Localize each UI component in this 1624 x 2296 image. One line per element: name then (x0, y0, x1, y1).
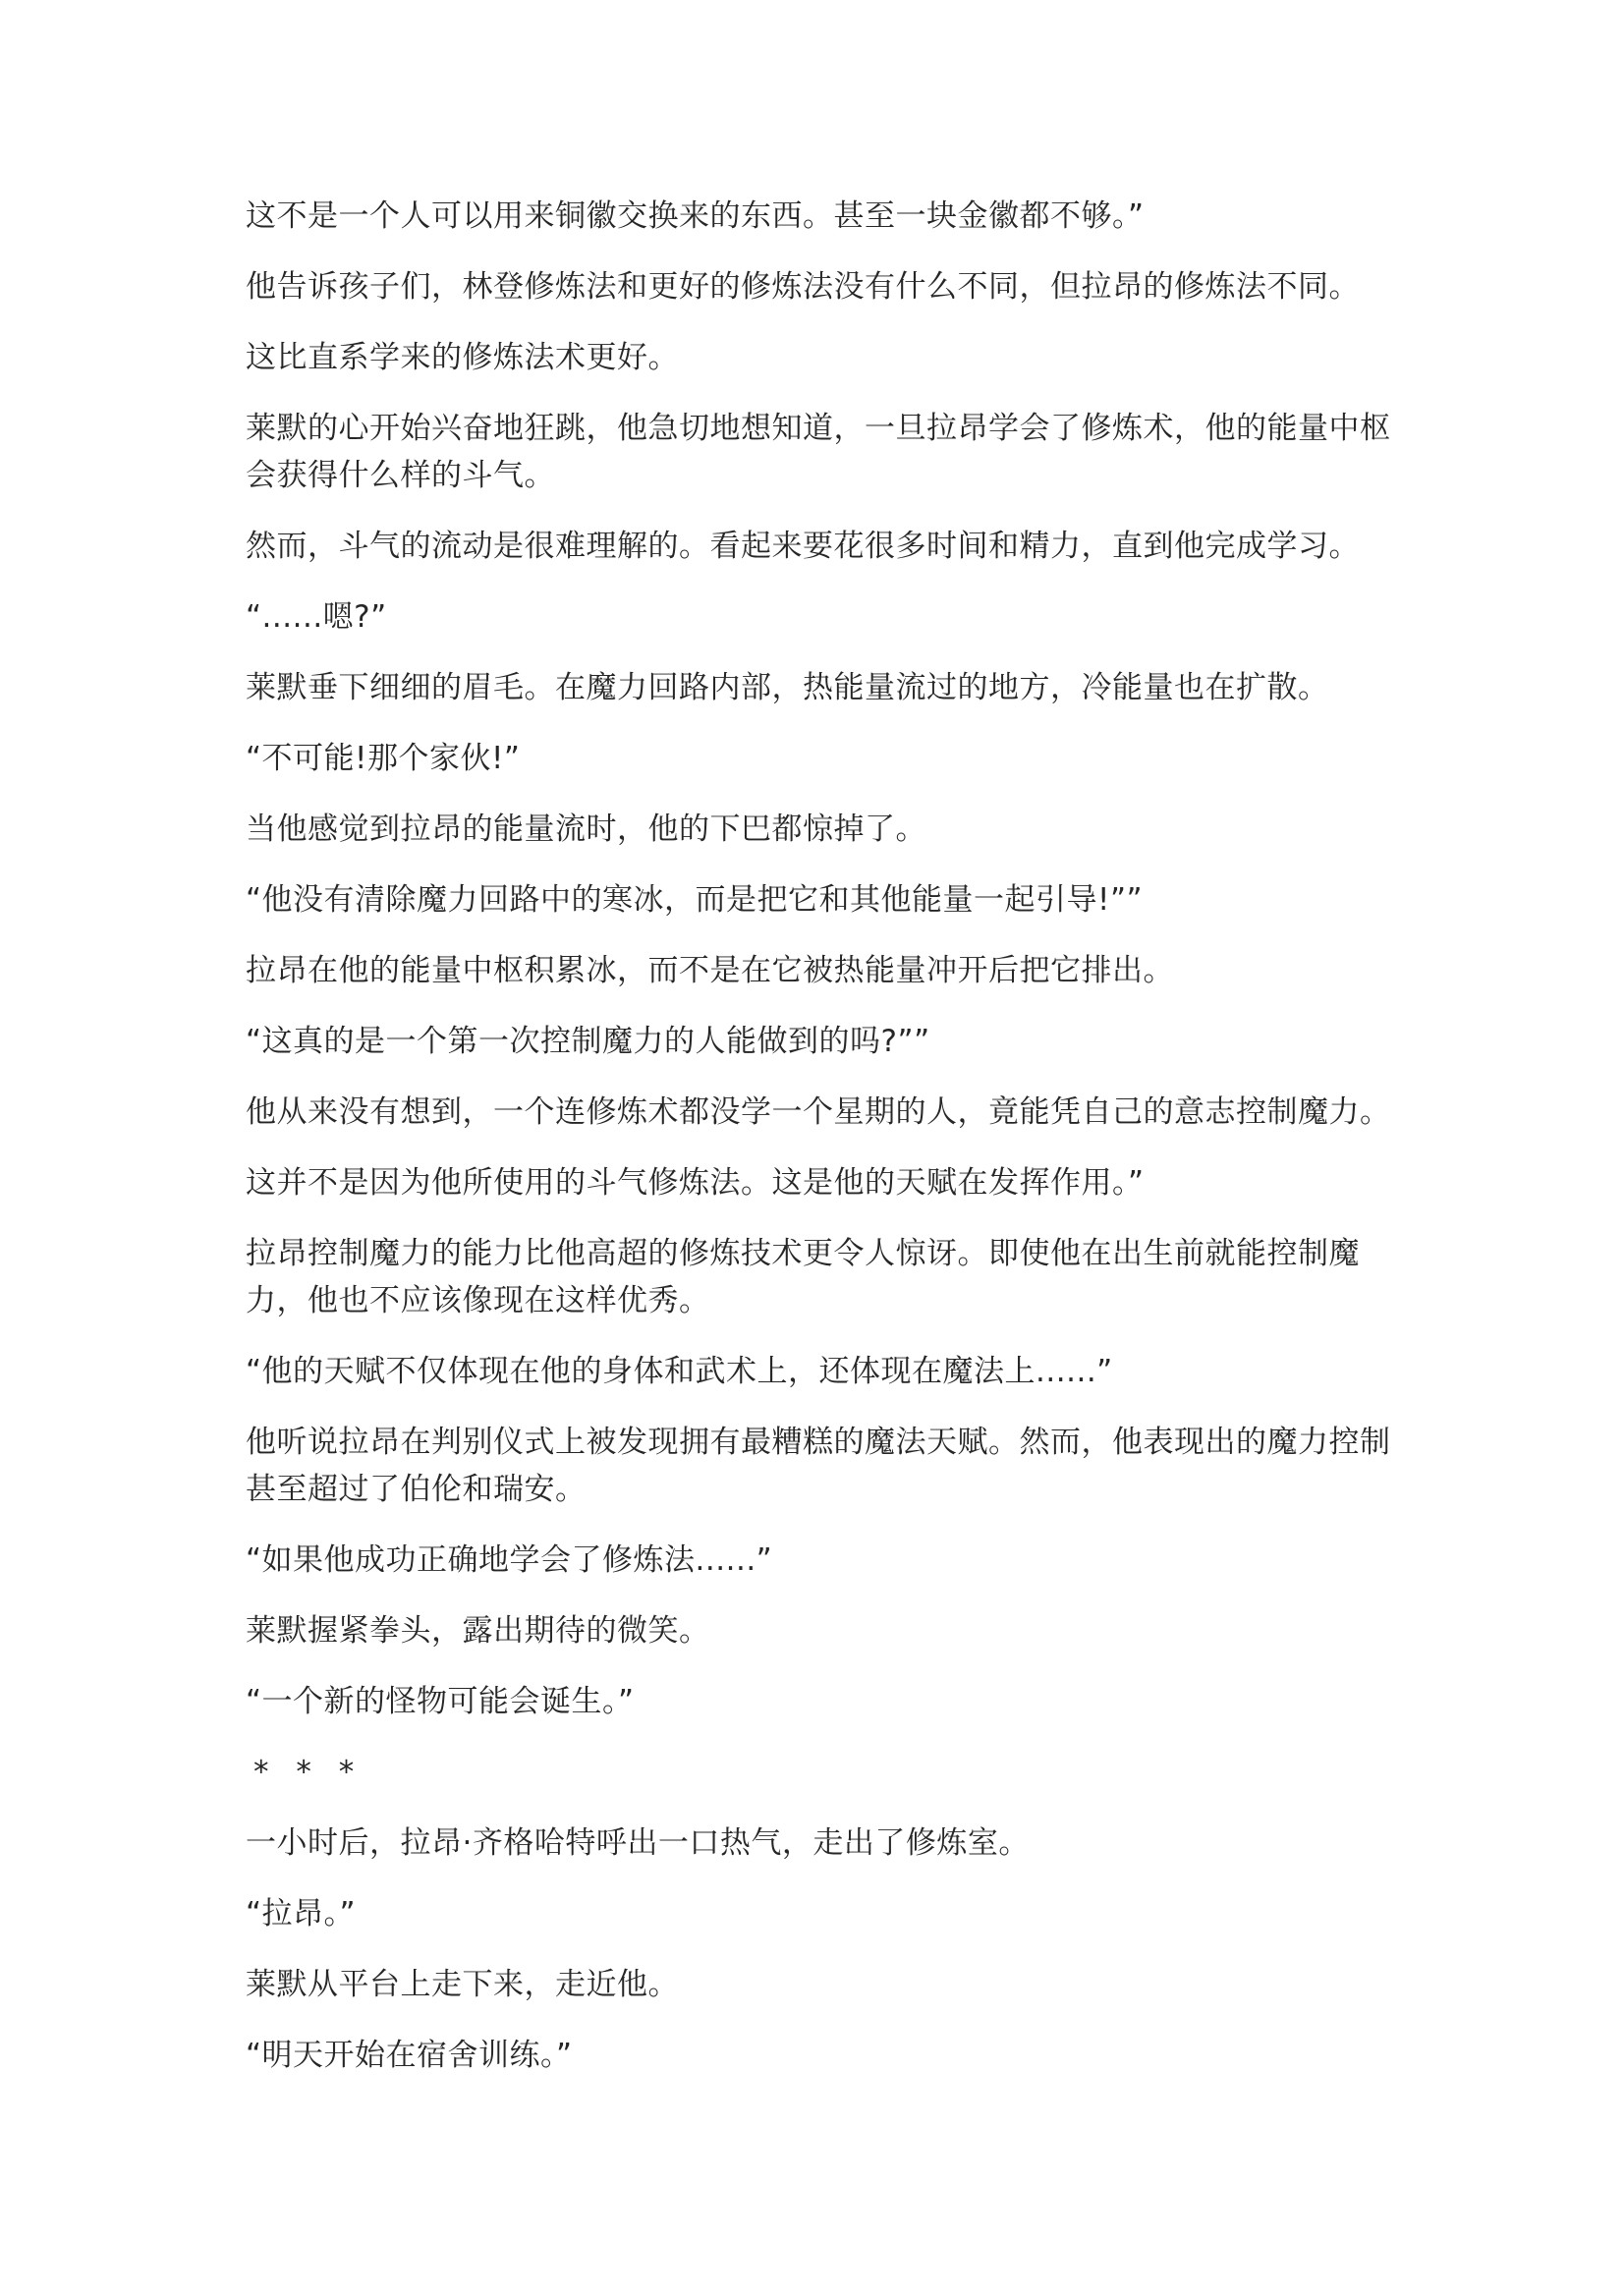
paragraph: “他的天赋不仅体现在他的身体和武术上，还体现在魔法上......” (246, 1348, 1410, 1395)
paragraph: “他没有清除魔力回路中的寒冰，而是把它和其他能量一起引导!”” (246, 876, 1410, 924)
paragraph: “这真的是一个第一次控制魔力的人能做到的吗?”” (246, 1018, 1410, 1065)
paragraph: 莱默的心开始兴奋地狂跳，他急切地想知道，一旦拉昂学会了修炼术，他的能量中枢会获得… (246, 405, 1410, 499)
paragraph: 这不是一个人可以用来铜徽交换来的东西。甚至一块金徽都不够。” (246, 193, 1410, 240)
paragraph: “如果他成功正确地学会了修炼法......” (246, 1537, 1410, 1584)
paragraph: “一个新的怪物可能会诞生。” (246, 1678, 1410, 1725)
paragraph: 这比直系学来的修炼法术更好。 (246, 334, 1410, 381)
paragraph: “不可能!那个家伙!” (246, 735, 1410, 782)
paragraph: “拉昂。” (246, 1890, 1410, 1937)
section-separator: * * * (246, 1749, 1410, 1796)
paragraph: 这并不是因为他所使用的斗气修炼法。这是他的天赋在发挥作用。” (246, 1159, 1410, 1206)
document-page: 这不是一个人可以用来铜徽交换来的东西。甚至一块金徽都不够。”他告诉孩子们，林登修… (0, 0, 1624, 2296)
paragraph: 拉昂控制魔力的能力比他高超的修炼技术更令人惊讶。即使他在出生前就能控制魔力，他也… (246, 1230, 1410, 1324)
paragraph: 他听说拉昂在判别仪式上被发现拥有最糟糕的魔法天赋。然而，他表现出的魔力控制甚至超… (246, 1419, 1410, 1513)
paragraph: 莱默垂下细细的眉毛。在魔力回路内部，热能量流过的地方，冷能量也在扩散。 (246, 664, 1410, 711)
paragraph: 他从来没有想到，一个连修炼术都没学一个星期的人，竟能凭自己的意志控制魔力。 (246, 1089, 1410, 1136)
paragraph: 莱默从平台上走下来，走近他。 (246, 1961, 1410, 2008)
paragraph: 拉昂在他的能量中枢积累冰，而不是在它被热能量冲开后把它排出。 (246, 947, 1410, 994)
paragraph: 一小时后，拉昂·齐格哈特呼出一口热气，走出了修炼室。 (246, 1820, 1410, 1867)
paragraph: 莱默握紧拳头，露出期待的微笑。 (246, 1607, 1410, 1654)
paragraph: “......嗯?” (246, 593, 1410, 641)
paragraph: 当他感觉到拉昂的能量流时，他的下巴都惊掉了。 (246, 806, 1410, 853)
paragraph: 然而，斗气的流动是很难理解的。看起来要花很多时间和精力，直到他完成学习。 (246, 523, 1410, 570)
paragraph: “明天开始在宿舍训练。” (246, 2032, 1410, 2079)
paragraph: 他告诉孩子们，林登修炼法和更好的修炼法没有什么不同，但拉昂的修炼法不同。 (246, 263, 1410, 310)
text-content: 这不是一个人可以用来铜徽交换来的东西。甚至一块金徽都不够。”他告诉孩子们，林登修… (246, 193, 1410, 2079)
